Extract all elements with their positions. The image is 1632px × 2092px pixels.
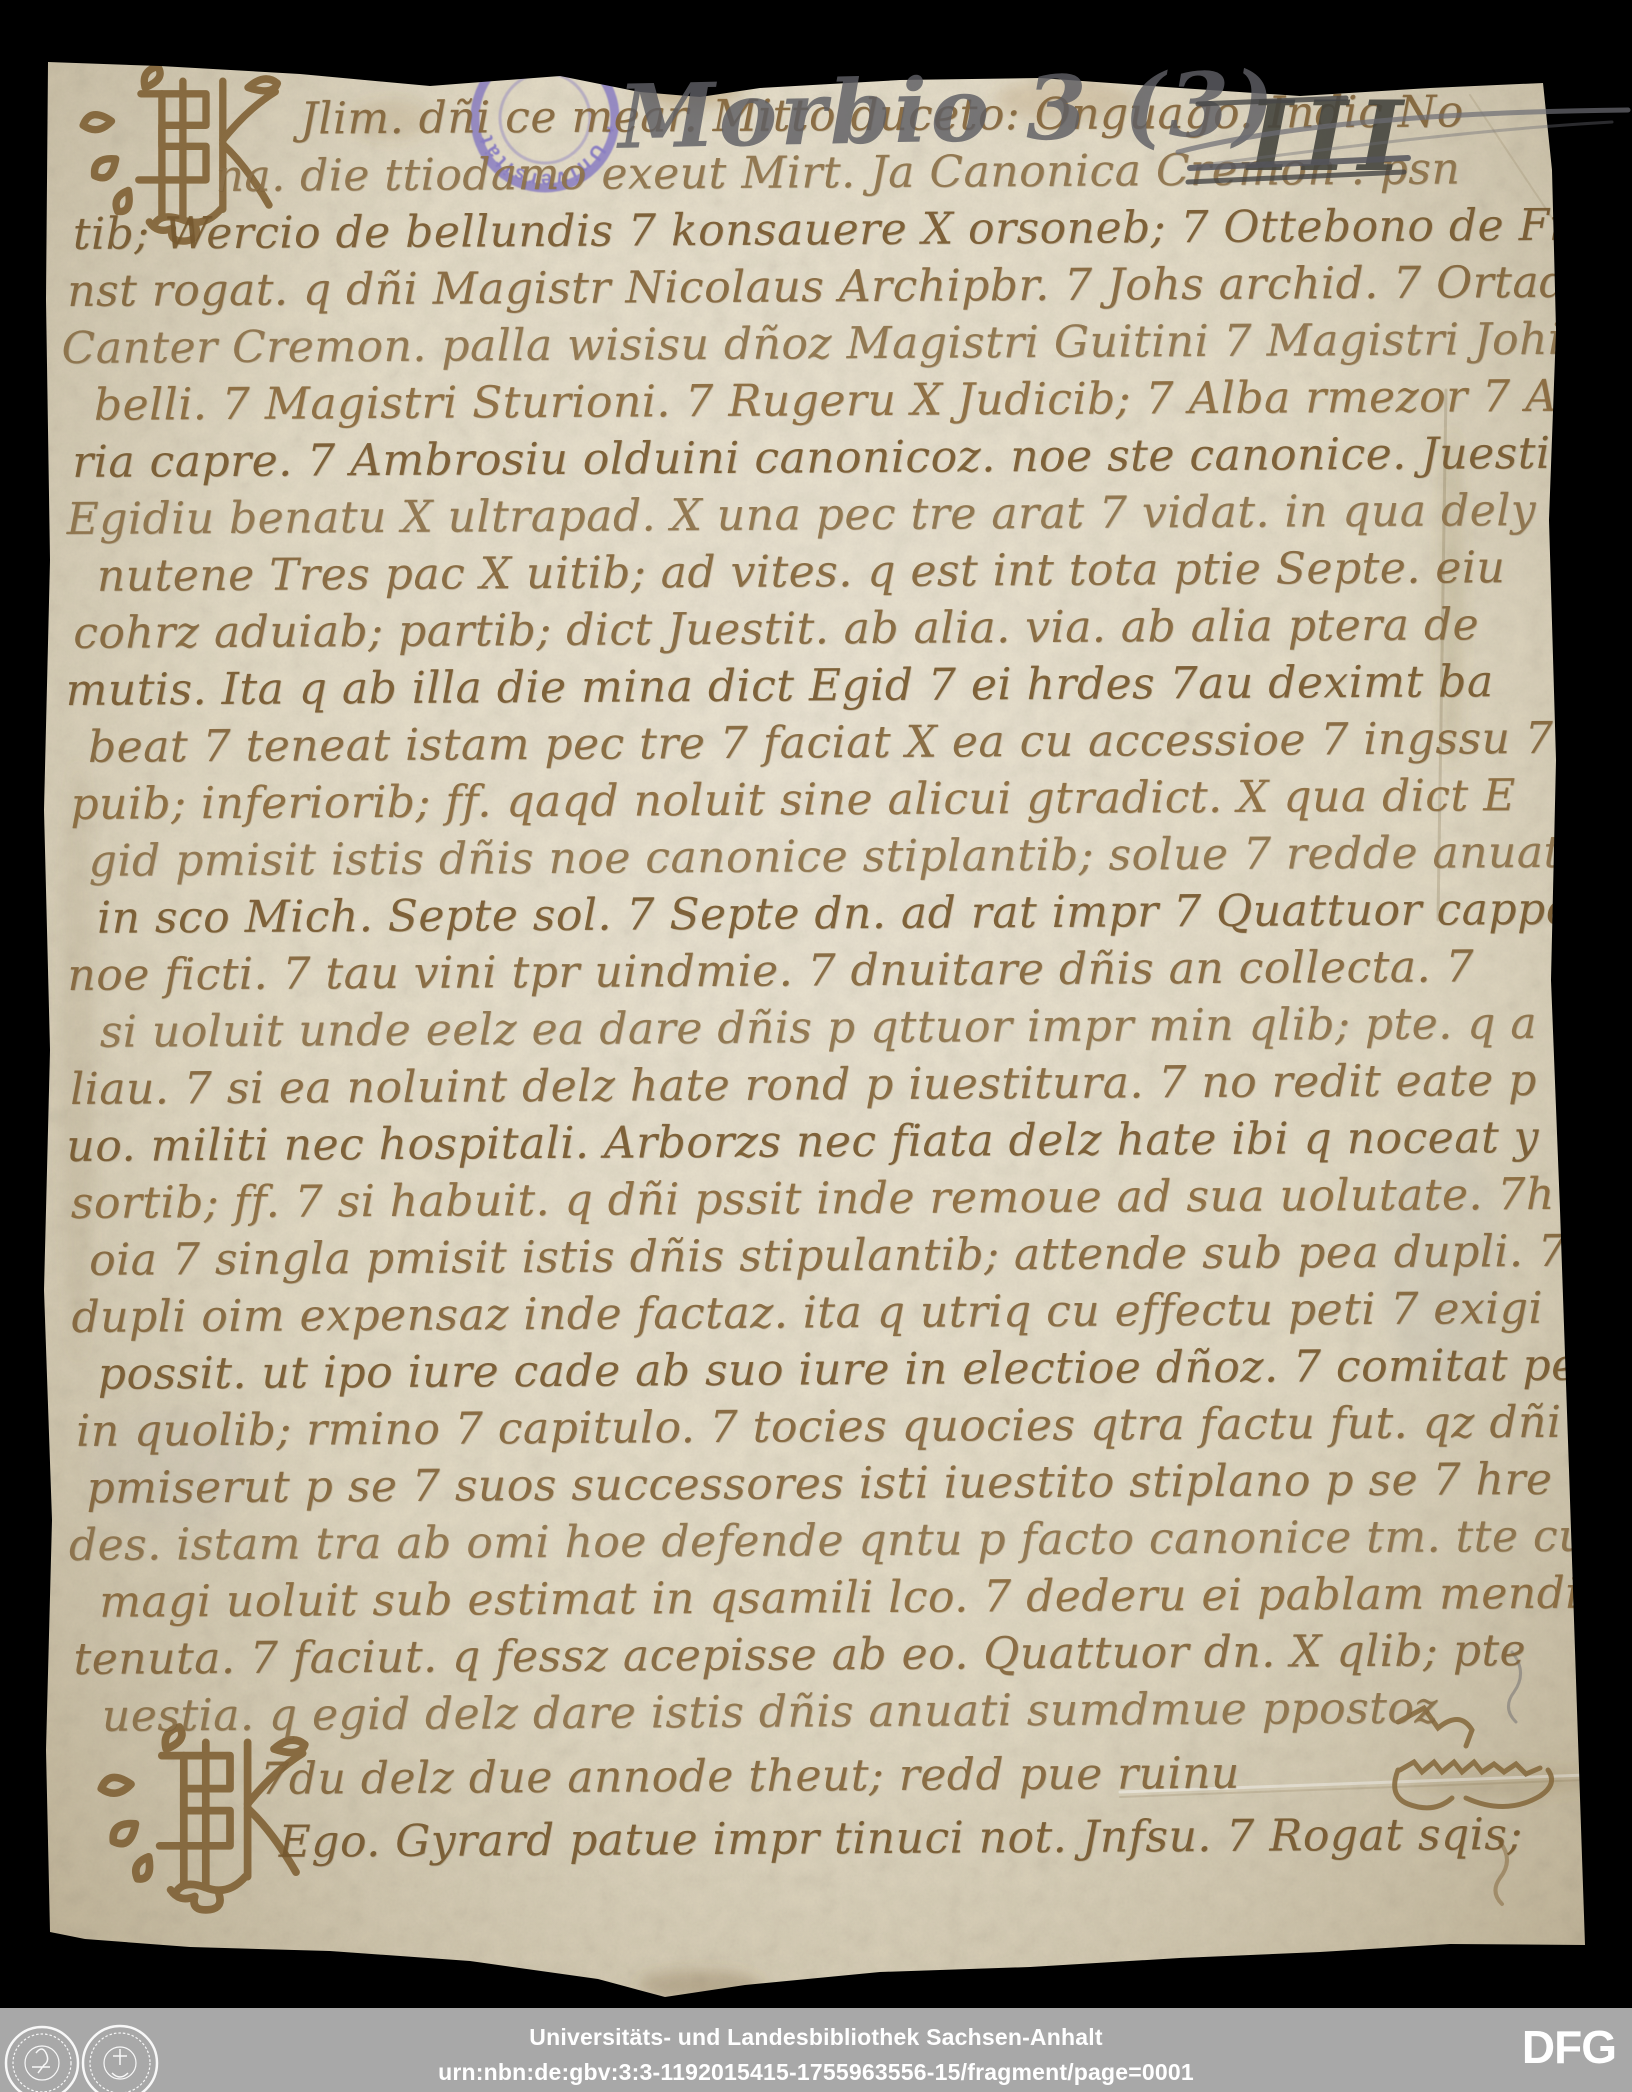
dfg-logo: DFG <box>1522 2024 1616 2070</box>
footer-bar: Universitäts- und Landesbibliothek Sachs… <box>0 2008 1632 2092</box>
parchment-page: * Universität Jlim. dñi ce mear. Mitto d… <box>0 0 1632 2012</box>
footer-text: Universitäts- und Landesbibliothek Sachs… <box>0 2008 1632 2086</box>
manuscript-scan-view: * Universität Jlim. dñi ce mear. Mitto d… <box>0 0 1632 2092</box>
pencil-shelfmark: Morbio 3 (3) <box>617 51 1278 169</box>
edge-vignette <box>0 0 1632 2012</box>
library-name: Universitäts- und Landesbibliothek Sachs… <box>0 2024 1632 2051</box>
urn-identifier: urn:nbn:de:gbv:3:3-1192015415-1755963556… <box>0 2059 1632 2086</box>
